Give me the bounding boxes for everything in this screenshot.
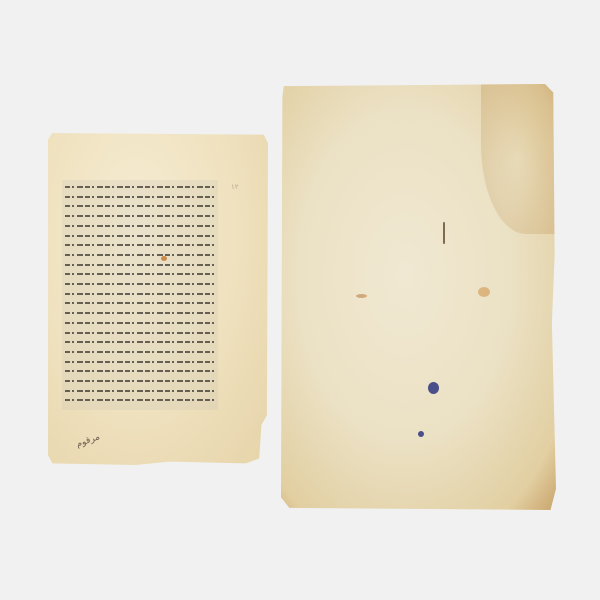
- script-line: [65, 196, 215, 198]
- script-line: [65, 399, 215, 401]
- signature: مرقوم: [75, 432, 101, 450]
- script-line: [65, 293, 215, 295]
- script-line: [65, 235, 215, 237]
- script-line: [65, 225, 215, 227]
- script-line: [65, 273, 215, 275]
- script-line: [65, 254, 215, 256]
- script-line: [65, 302, 215, 304]
- ink-blot: [418, 431, 424, 437]
- script-line: [65, 370, 215, 372]
- script-line: [65, 332, 215, 334]
- script-line: [65, 283, 215, 285]
- script-line: [65, 351, 215, 353]
- scratch-mark: [443, 222, 445, 244]
- ink-blot: [428, 382, 439, 394]
- script-line: [65, 264, 215, 266]
- script-line: [65, 390, 215, 392]
- manuscript-leaf-left: ١٢ مرقوم: [48, 133, 268, 465]
- script-line: [65, 361, 215, 363]
- script-line: [65, 215, 215, 217]
- red-spot: [161, 256, 167, 261]
- script-line: [65, 205, 215, 207]
- script-line: [65, 186, 215, 188]
- script-line: [65, 244, 215, 246]
- script-line: [65, 380, 215, 382]
- script-line: [65, 322, 215, 324]
- folio-number: ١٢: [231, 183, 239, 191]
- rust-spot: [356, 294, 367, 298]
- script-line: [65, 341, 215, 343]
- rust-spot: [478, 287, 490, 297]
- water-stain: [481, 84, 556, 234]
- script-line: [65, 312, 215, 314]
- text-block: [62, 180, 218, 410]
- manuscript-leaf-right: [281, 84, 556, 510]
